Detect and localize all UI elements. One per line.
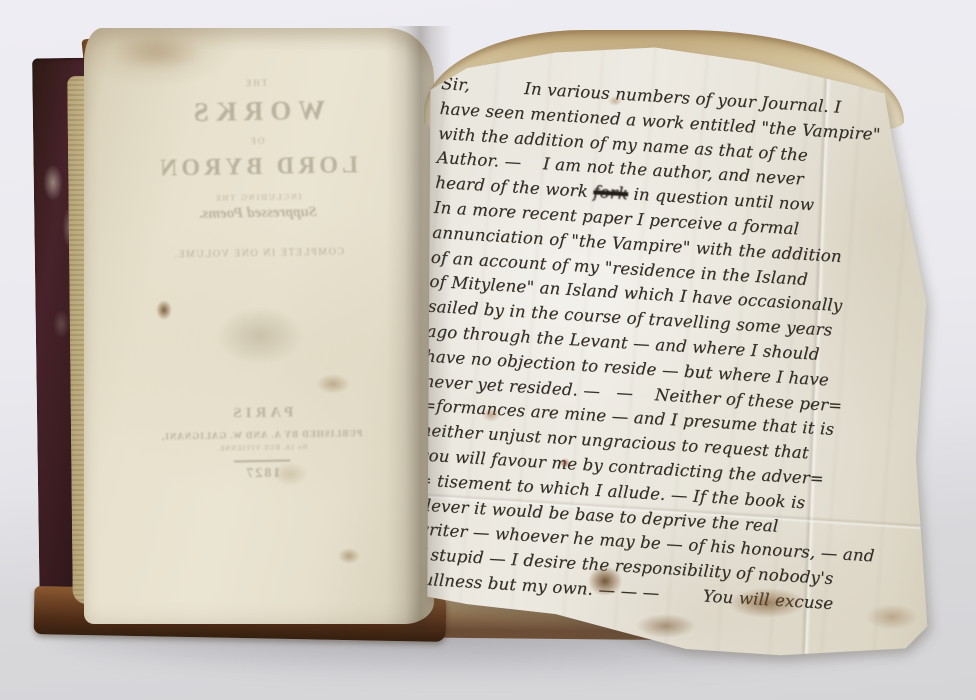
title-line-of: OF — [112, 133, 402, 148]
title-line-publisher: PUBLISHED BY A. AND W. GALIGNANI, — [117, 427, 407, 442]
title-line-complete-in-one-volume: COMPLETE IN ONE VOLUME. — [113, 245, 403, 261]
title-line-lord-byron: LORD BYRON — [112, 151, 402, 183]
title-page-showthrough: THE WORKS OF LORD BYRON INCLUDING THE Su… — [110, 76, 407, 485]
photo-scene: THE WORKS OF LORD BYRON INCLUDING THE Su… — [0, 0, 976, 700]
title-rule — [234, 459, 290, 462]
handwritten-letter-text: Sir, In various numbers of your Journal.… — [411, 72, 919, 620]
title-line-the: THE — [110, 76, 400, 91]
title-line-paris: PARIS — [116, 402, 406, 424]
title-line-works: WORKS — [111, 93, 401, 129]
title-vignette — [216, 306, 303, 365]
left-page: THE WORKS OF LORD BYRON INCLUDING THE Su… — [84, 28, 434, 624]
title-line-suppressed-poems: Suppressed Poems. — [113, 202, 403, 224]
letter-paper: Sir, In various numbers of your Journal.… — [420, 40, 942, 664]
letter-sheet: Sir, In various numbers of your Journal.… — [420, 40, 942, 664]
struck-out-word: fork — [593, 182, 629, 203]
title-line-year: 1827 — [117, 463, 407, 484]
title-line-address: No 18, RUE VIVIENNE. — [117, 441, 407, 454]
